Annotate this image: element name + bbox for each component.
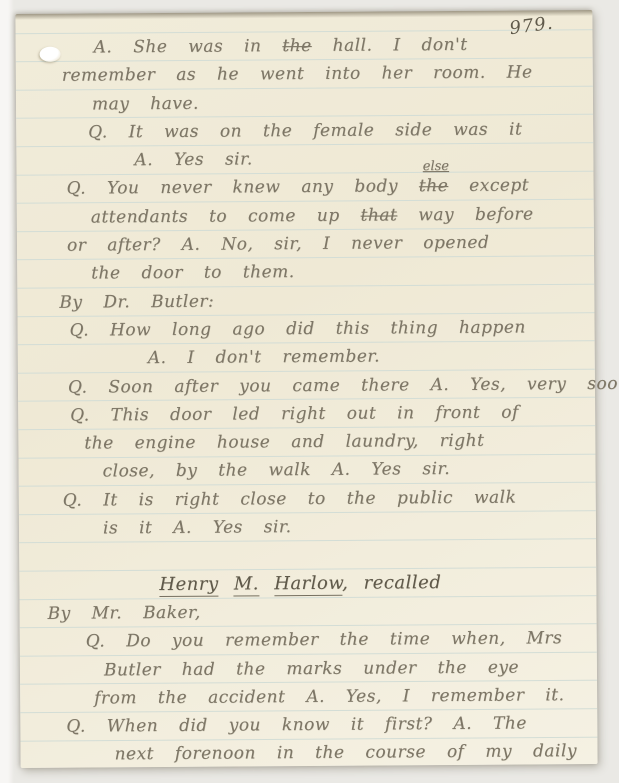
line-text: By Dr. Butler: (59, 291, 214, 312)
line-text: A. Yes sir. (134, 150, 252, 171)
line-text: Q. Do you remember the time when, Mrs (86, 628, 563, 651)
line-text: except (469, 176, 529, 196)
handwriting-line: Butler had the marks under the eye (20, 653, 591, 685)
handwriting-line: Q. When did you know it first? A. The (20, 709, 591, 741)
line-text: is it A. Yes sir. (103, 517, 292, 538)
line-text: Q. You never knew any body (67, 177, 399, 199)
handwriting-line: Q. Do you remember the time when, Mrs (20, 624, 591, 656)
struck-word: that (361, 205, 398, 225)
manuscript-page: 979. A. She was in the hall. I don't rem… (15, 10, 597, 768)
line-text: remember as he went into her room. He (62, 63, 533, 86)
line-text: attendants to come up (91, 206, 340, 228)
handwriting-line: Q. You never knew any body elsethe excep… (17, 172, 588, 204)
handwriting-line: By Mr. Baker, (19, 596, 590, 628)
line-text: A. She was in (94, 36, 262, 57)
handwritten-text: A. She was in the hall. I don't remember… (16, 30, 592, 770)
handwriting-line: By Dr. Butler: (17, 285, 588, 317)
handwriting-line: Q. It was on the female side was it (16, 115, 587, 147)
line-text: Q. It was on the female side was it (88, 119, 522, 142)
heading-suffix: , recalled (342, 572, 441, 594)
handwriting-line: Q. How long ago did this thing happen (17, 313, 588, 345)
handwriting-line: next forenoon in the course of my daily (20, 737, 591, 769)
handwriting-line: from the accident A. Yes, I remember it. (20, 681, 591, 713)
witness-name: M. (234, 573, 259, 596)
line-text: may have. (92, 93, 199, 114)
line-text: A. I don't remember. (148, 347, 380, 369)
line-text: close, by the walk A. Yes sir. (103, 459, 451, 481)
handwriting-line: remember as he went into her room. He (16, 58, 587, 90)
inserted-word: else (423, 160, 449, 173)
handwriting-line: close, by the walk A. Yes sir. (18, 454, 589, 486)
witness-name: Henry (159, 573, 218, 596)
line-text: Q. It is right close to the public walk (63, 487, 517, 510)
line-text: from the accident A. Yes, I remember it. (94, 685, 564, 708)
handwriting-line: Q. This door led right out in front of (18, 398, 589, 430)
handwriting-line: may have. (16, 87, 587, 119)
handwriting-line: attendants to come up that way before (17, 200, 588, 232)
line-text: way before (418, 204, 533, 225)
line-text: Q. When did you know it first? A. The (66, 714, 527, 737)
correction: elsethe (419, 172, 449, 201)
handwriting-line: the door to them. (17, 256, 588, 288)
line-text: Q. Soon after you came there A. Yes, ver… (68, 373, 619, 397)
line-text: Butler had the marks under the eye (104, 657, 519, 680)
handwriting-line: A. She was in the hall. I don't (16, 30, 587, 62)
witness-heading: Henry M. Harlow, recalled (19, 568, 590, 600)
struck-word: the (419, 176, 448, 196)
handwriting-line: or after? A. No, sir, I never opened (17, 228, 588, 260)
line-text: next forenoon in the course of my daily (114, 742, 577, 765)
blank-line (19, 539, 590, 571)
handwriting-line: Q. Soon after you came there A. Yes, ver… (18, 370, 589, 402)
line-text: hall. I don't (333, 35, 468, 56)
handwriting-line: A. I don't remember. (18, 341, 589, 373)
line-text: By Mr. Baker, (47, 603, 200, 624)
handwriting-line: Q. It is right close to the public walk (19, 483, 590, 515)
handwriting-line: is it A. Yes sir. (19, 511, 590, 543)
line-text: Q. This door led right out in front of (70, 402, 519, 425)
line-text: the door to them. (91, 262, 295, 283)
handwriting-line: A. Yes sir. (16, 143, 587, 175)
line-text: Q. How long ago did this thing happen (70, 317, 526, 340)
struck-word: the (282, 36, 311, 56)
line-text: or after? A. No, sir, I never opened (67, 233, 489, 256)
witness-name: Harlow (274, 572, 342, 595)
line-text: the engine house and laundry, right (84, 431, 484, 454)
handwriting-line: the engine house and laundry, right (18, 426, 589, 458)
